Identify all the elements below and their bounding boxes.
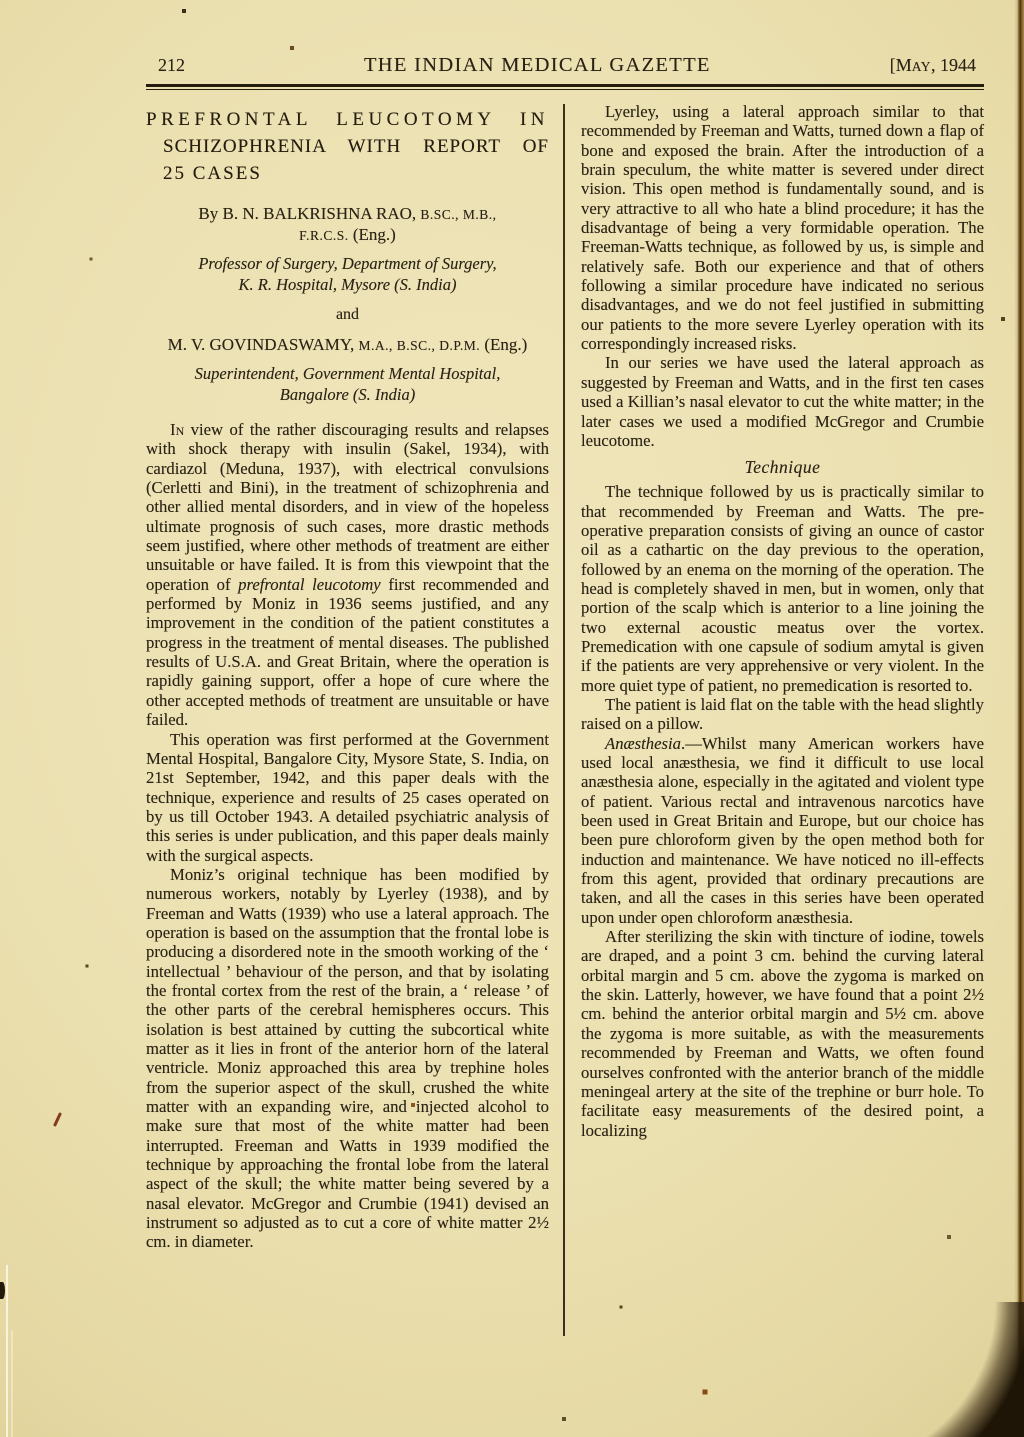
byline-connector: and [146, 306, 549, 324]
page-number: 212 [158, 55, 185, 76]
affiliation-line: K. R. Hospital, Mysore (S. India) [146, 275, 549, 296]
right-column: Lyerley, using a lateral approach simila… [581, 102, 984, 1252]
binding-crease [11, 1330, 13, 1437]
article-paragraph: In view of the rather discouraging resul… [146, 420, 549, 730]
left-column: PREFRONTAL LEUCOTOMY IN SCHIZOPHRENIA WI… [146, 102, 549, 1252]
section-heading-technique: Technique [581, 457, 984, 478]
affiliation-line: Bangalore (S. India) [146, 385, 549, 406]
affiliation-line: Professor of Surgery, Department of Surg… [146, 254, 549, 275]
article-paragraph: In our series we have used the lateral a… [581, 353, 984, 450]
page-content: 212 THE INDIAN MEDICAL GAZETTE [MAY, 194… [146, 54, 984, 1252]
article-paragraph: The patient is laid flat on the table wi… [581, 695, 984, 734]
column-divider [563, 104, 565, 1336]
article-title-line: 25 CASES [146, 160, 549, 187]
article-paragraph: Anæsthesia.—Whilst many American workers… [581, 734, 984, 927]
author1-credentials: F.R.C.S. (Eng.) [146, 225, 549, 245]
author1-affiliation: Professor of Surgery, Department of Surg… [146, 254, 549, 295]
article-title-line: PREFRONTAL LEUCOTOMY IN [146, 106, 549, 133]
pen-mark [53, 1112, 62, 1127]
article-title: PREFRONTAL LEUCOTOMY IN SCHIZOPHRENIA WI… [146, 106, 549, 187]
article-paragraph: This operation was first performed at th… [146, 730, 549, 865]
article-paragraph: Lyerley, using a lateral approach simila… [581, 102, 984, 353]
article-paragraph: After sterilizing the skin with tincture… [581, 927, 984, 1140]
article-paragraph: The technique followed by us is practica… [581, 482, 984, 695]
paper-specks [0, 0, 2, 2]
page-edge-shadow [1014, 0, 1024, 1437]
author2-affiliation: Superintendent, Government Mental Hospit… [146, 364, 549, 405]
author2-byline: M. V. GOVINDASWAMY, M.A., B.SC., D.P.M. … [146, 335, 549, 355]
article-title-line: SCHIZOPHRENIA WITH REPORT OF [146, 133, 549, 160]
journal-page-scan: 212 THE INDIAN MEDICAL GAZETTE [MAY, 194… [0, 0, 1024, 1437]
two-column-layout: PREFRONTAL LEUCOTOMY IN SCHIZOPHRENIA WI… [146, 102, 984, 1252]
issue-date: [MAY, 1944 [890, 55, 976, 76]
paper-page: 212 THE INDIAN MEDICAL GAZETTE [MAY, 194… [0, 0, 1024, 1437]
ink-blot [0, 1282, 5, 1299]
author1-byline: By B. N. BALKRISHNA RAO, B.SC., M.B., [146, 204, 549, 224]
header-rule [146, 84, 984, 90]
article-paragraph: Moniz’s original technique has been modi… [146, 865, 549, 1252]
affiliation-line: Superintendent, Government Mental Hospit… [146, 364, 549, 385]
journal-title: THE INDIAN MEDICAL GAZETTE [364, 54, 711, 77]
running-header: 212 THE INDIAN MEDICAL GAZETTE [MAY, 194… [146, 54, 984, 77]
page-corner-curl [829, 1302, 1024, 1437]
binding-crease [6, 1265, 8, 1437]
